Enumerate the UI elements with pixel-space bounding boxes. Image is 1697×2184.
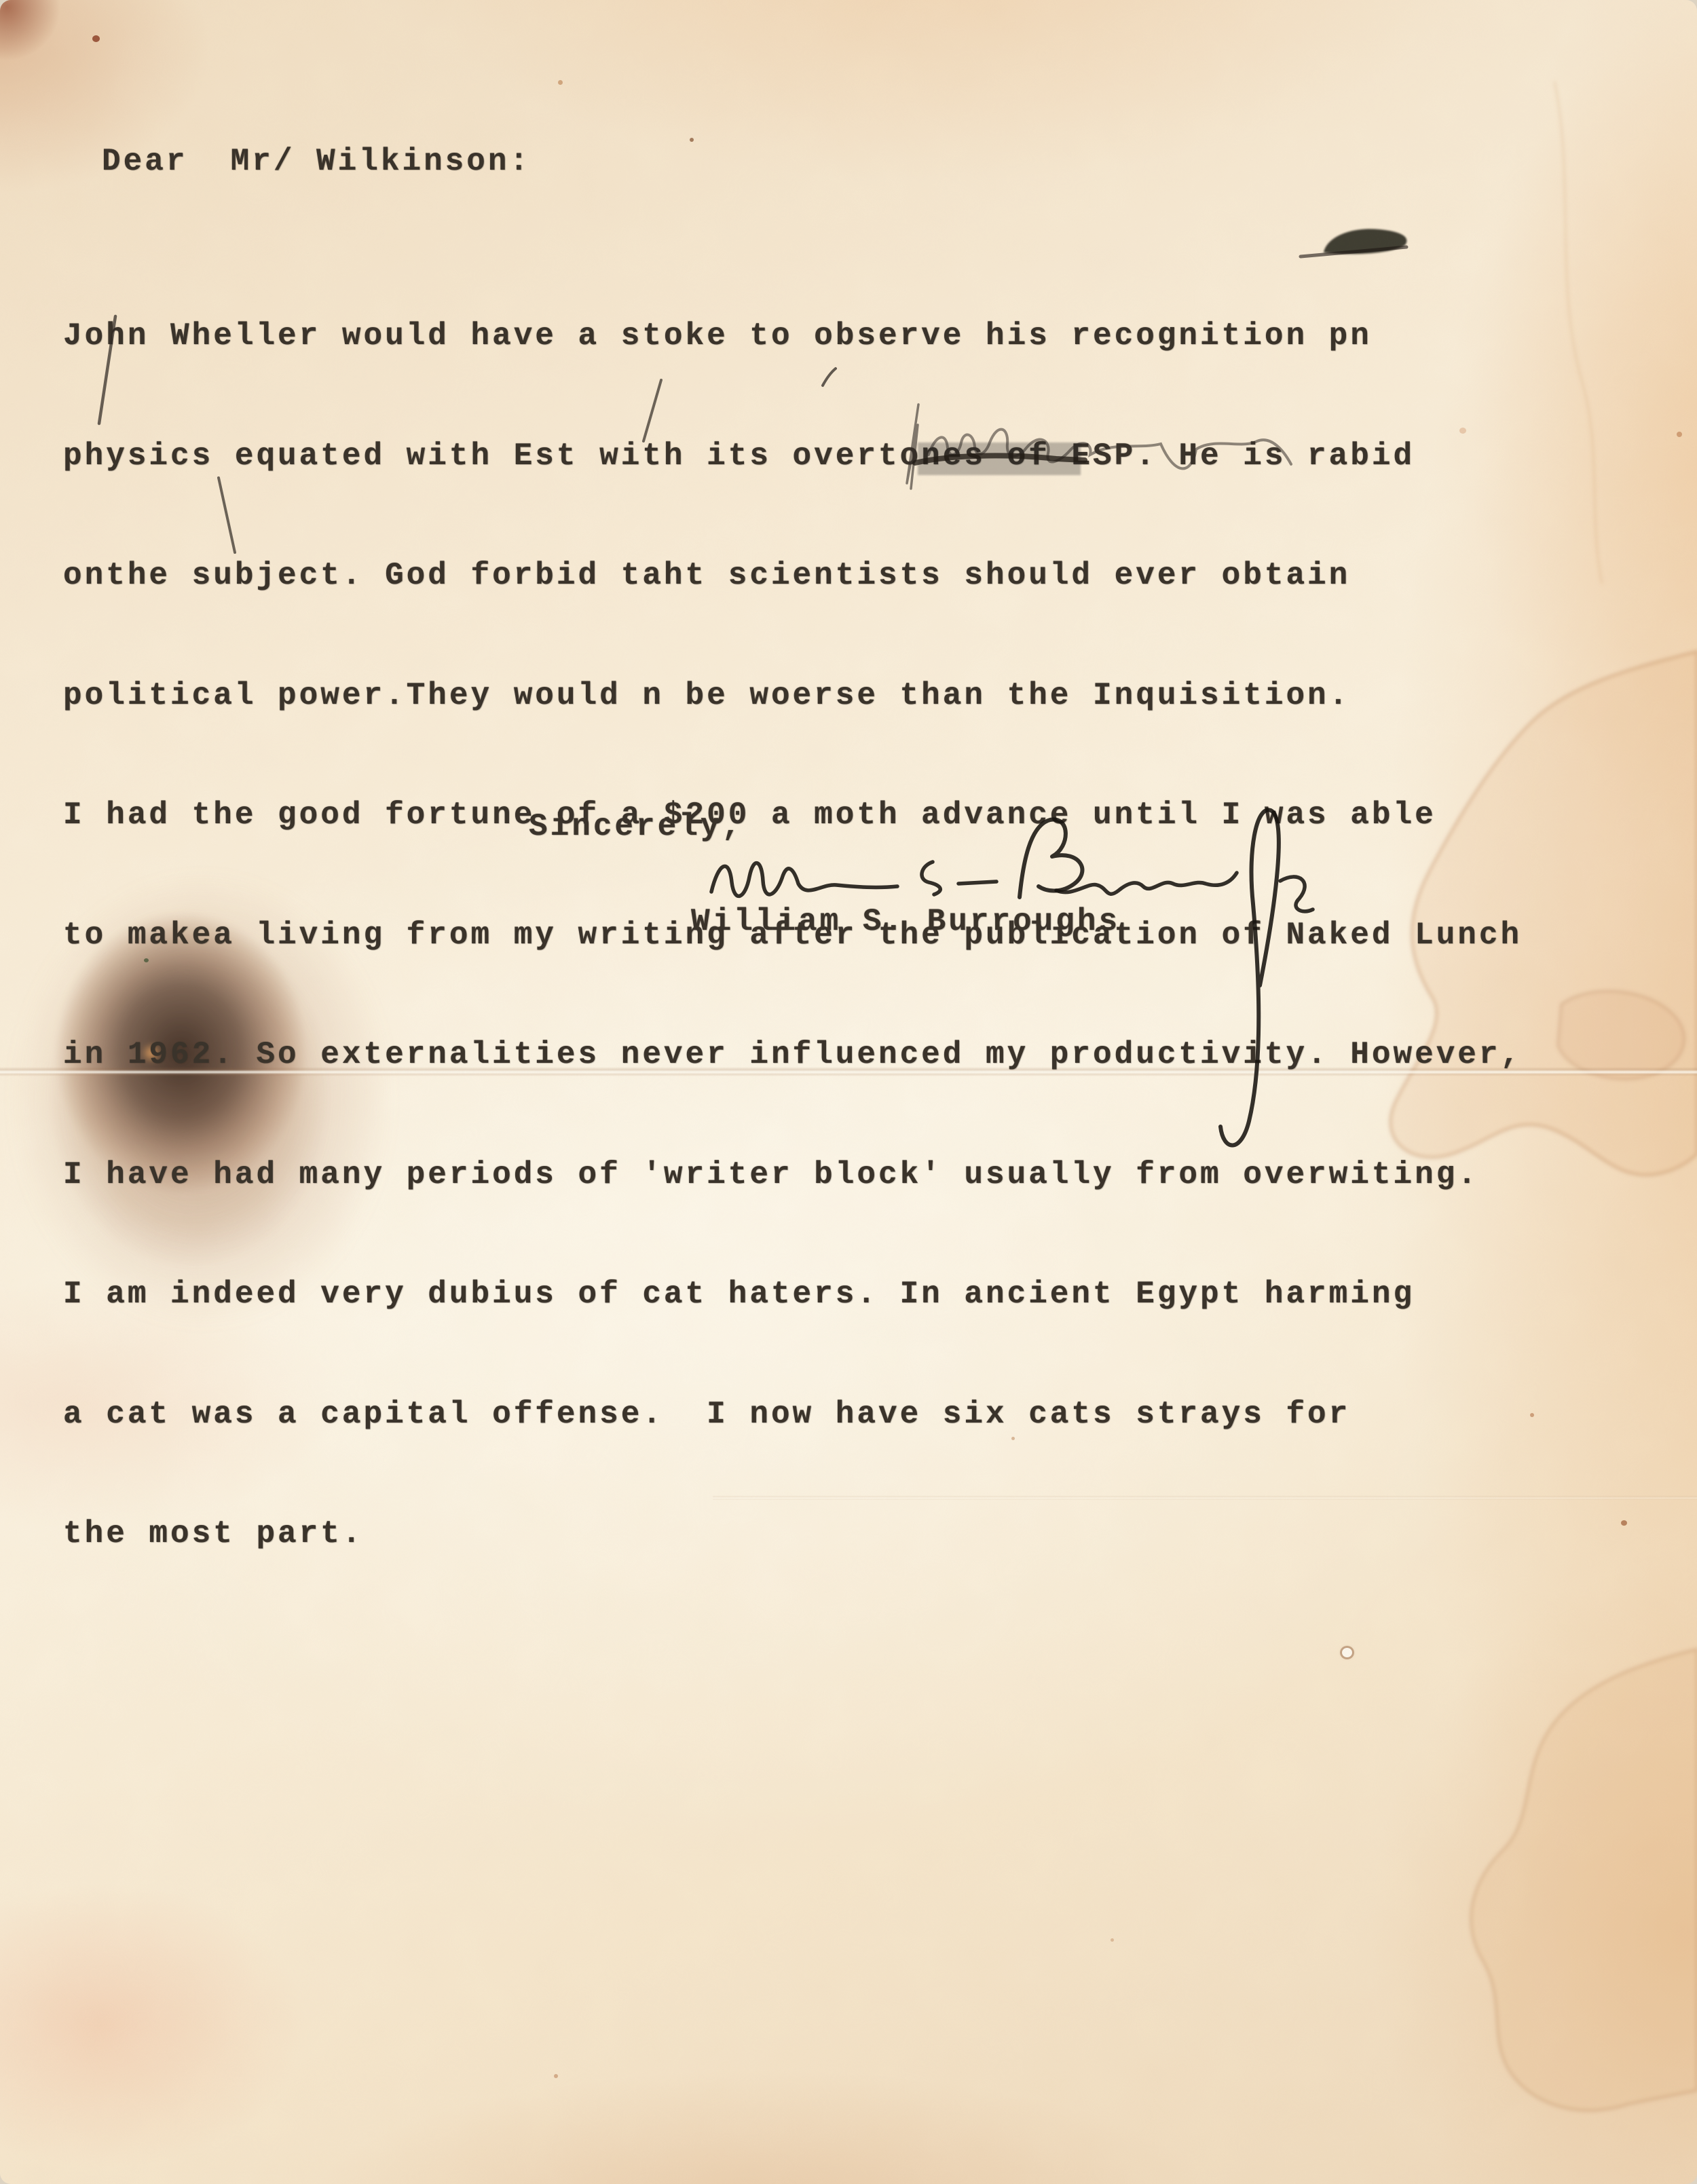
letter-page: Dear Mr/ Wilkinson: John Wheller would h…	[0, 0, 1697, 2184]
speck	[690, 138, 694, 142]
speck	[1111, 1938, 1114, 1942]
speck	[1621, 1520, 1627, 1526]
closing: Sincerely,	[529, 809, 743, 844]
letter-line: I have had many periods of 'writer block…	[63, 1150, 1522, 1200]
speck	[554, 2074, 558, 2078]
letter-line: physics equated with Est with its overto…	[63, 432, 1522, 481]
salutation: Dear Mr/ Wilkinson:	[102, 144, 531, 179]
letter-line: political power.They would n be woerse t…	[63, 671, 1522, 721]
scan-hole	[1342, 1648, 1352, 1657]
letter-line: the most part.	[63, 1509, 1522, 1559]
letter-line: in 1962. So externalities never influenc…	[63, 1030, 1522, 1080]
letter-line: I am indeed very dubius of cat haters. I…	[63, 1270, 1522, 1319]
speck	[558, 80, 563, 85]
typed-signature: William S. Burroughs	[691, 904, 1120, 939]
letter-line: a cat was a capital offense. I now have …	[63, 1390, 1522, 1439]
letter-line: onthe subject. God forbid taht scientist…	[63, 551, 1522, 601]
letter-line: I had the good fortune of a $200 a moth …	[63, 791, 1522, 840]
speck	[1530, 1413, 1534, 1417]
speck	[92, 35, 100, 42]
speck	[1677, 432, 1682, 437]
letter-line: John Wheller would have a stoke to obser…	[63, 312, 1522, 361]
